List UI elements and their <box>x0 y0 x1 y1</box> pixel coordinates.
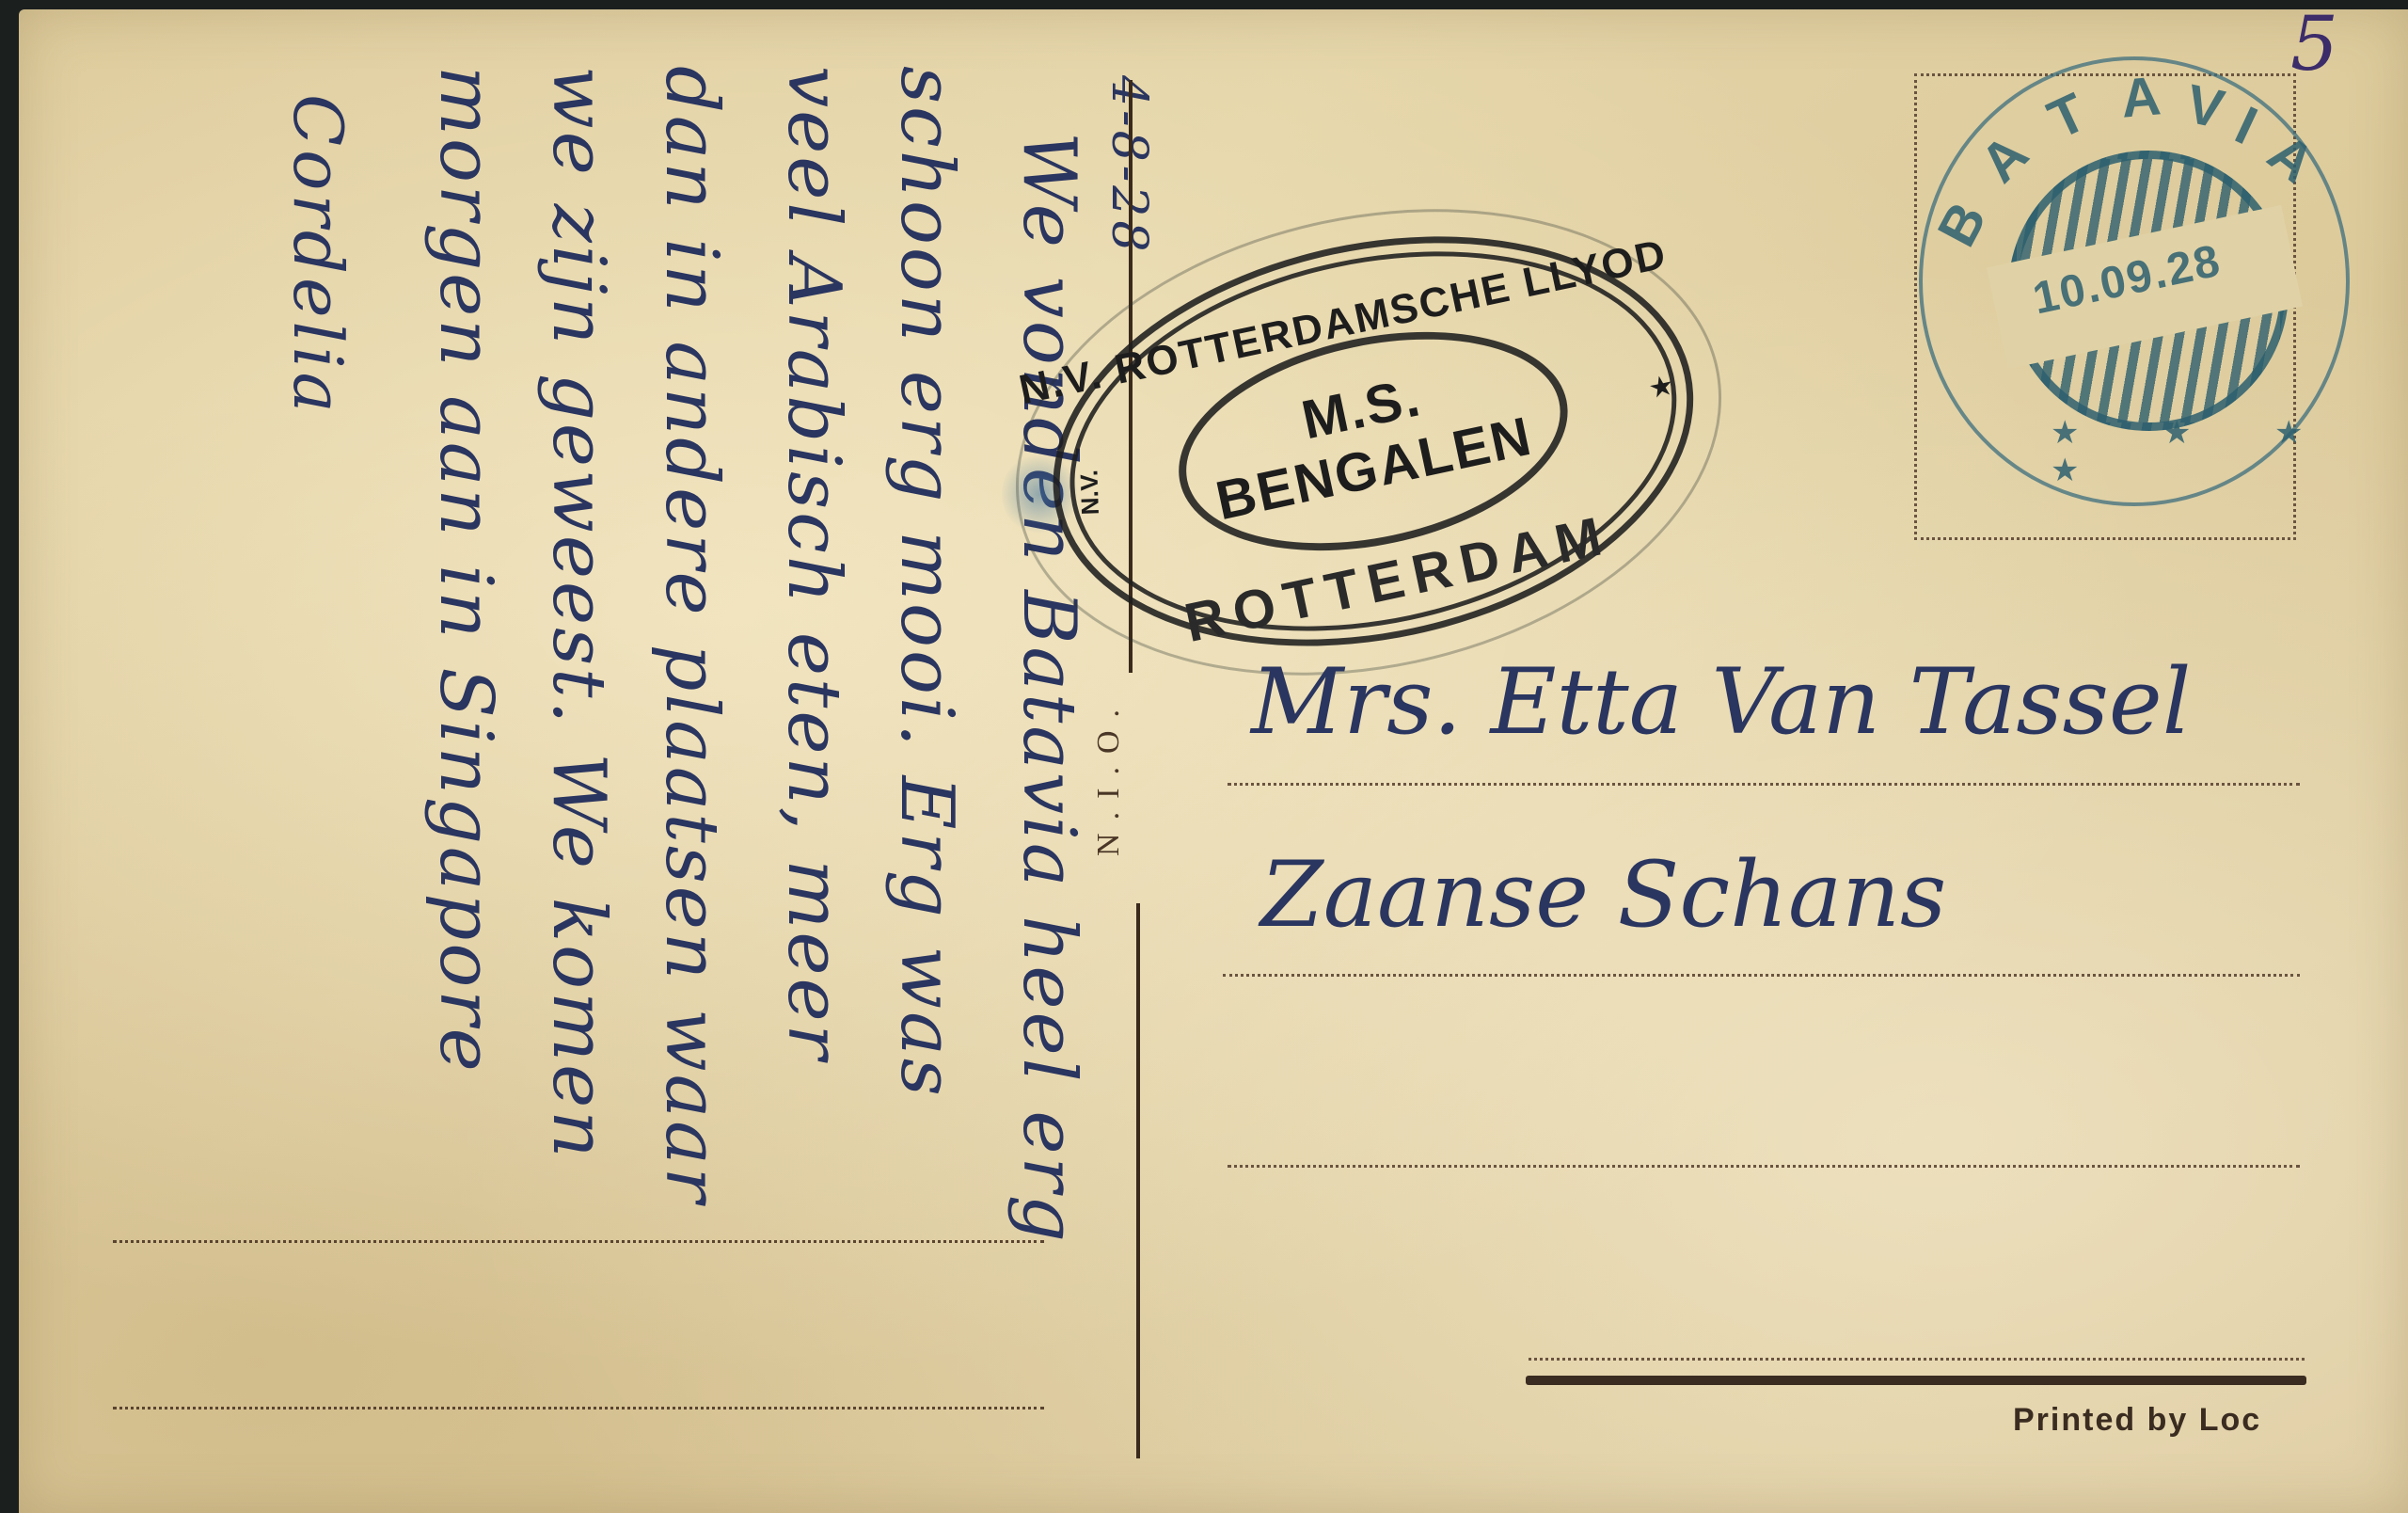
message-line-5: we zijn geweest. We komen <box>536 66 621 1160</box>
handwritten-message: 4-8-28 We vonden Batavia heel erg schoon… <box>150 66 1148 1440</box>
pencil-mark: 5 <box>2290 0 2338 88</box>
signature: Cordelia <box>278 94 357 417</box>
message-dotted-line-2 <box>113 1407 1044 1409</box>
address-place: Zaanse Schans <box>1260 842 1946 948</box>
address-dotted-line-3 <box>1228 1165 2300 1168</box>
address-dotted-line-4 <box>1529 1358 2305 1361</box>
batavia-postmark: 10.09.28 B A T A V I A ★ ★ ★ ★ <box>1909 38 2361 508</box>
postmark-letter: A <box>2118 64 2163 130</box>
address-underline-rule <box>1526 1376 2306 1385</box>
address-recipient: Mrs. Etta Van Tassel <box>1251 649 2191 755</box>
message-line-2: schoon erg mooi. Erg was <box>884 66 969 1099</box>
message-line-3: veel Arabisch eten, meer <box>771 66 856 1062</box>
postmark-stars: ★ ★ ★ ★ <box>2051 414 2361 489</box>
message-dotted-line-1 <box>113 1240 1044 1243</box>
printer-imprint: Printed by Loc <box>2013 1402 2261 1439</box>
divider-line-bottom <box>1136 903 1140 1458</box>
message-line-4: dan in andere plaatsen waar <box>649 66 734 1205</box>
address-dotted-line-1 <box>1228 783 2300 786</box>
message-line-6: morgen aan in Singapore <box>423 66 508 1075</box>
address-dotted-line-2 <box>1223 974 2300 977</box>
